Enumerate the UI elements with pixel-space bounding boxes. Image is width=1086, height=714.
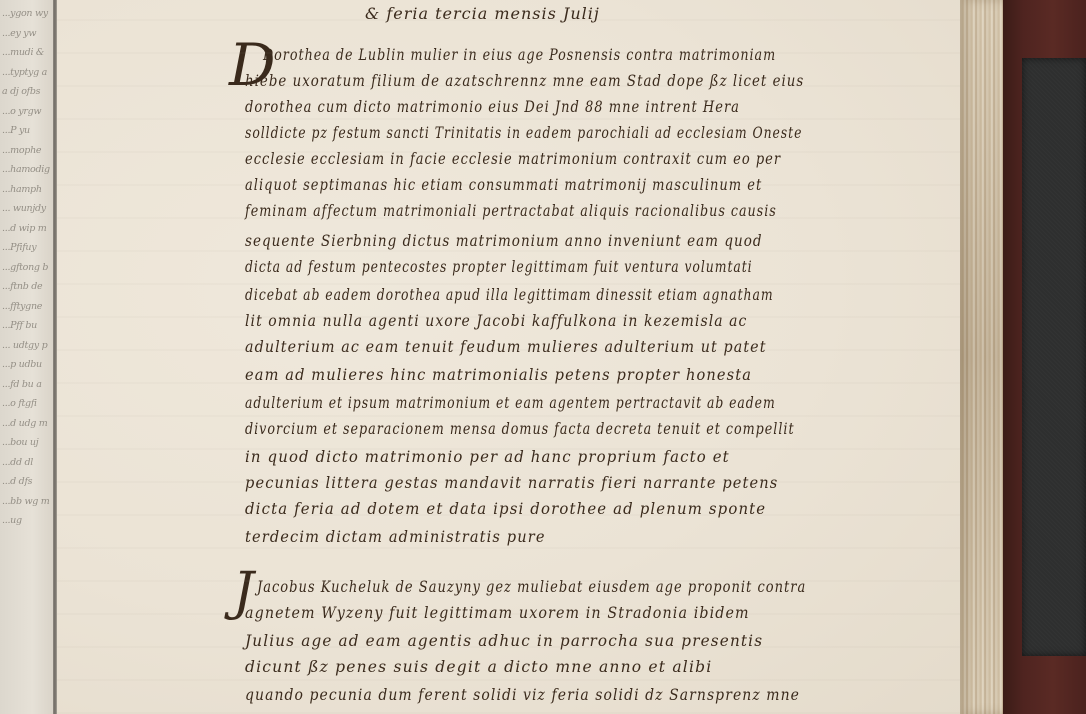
ms-line: dorothea cum dicto matrimonio eius Dei J… xyxy=(245,98,740,116)
prev-line: ...Pfifuy xyxy=(2,238,54,258)
prev-line: ...d wip m xyxy=(2,219,54,239)
prev-line: ...P yu xyxy=(2,121,54,141)
ms-line: lit omnia nulla agenti uxore Jacobi kaff… xyxy=(245,312,747,330)
prev-line: ...dd dl xyxy=(2,453,54,473)
prev-line: ...ygon wy xyxy=(2,4,54,24)
ms-line: terdecim dictam administratis pure xyxy=(245,528,546,546)
prev-line: a dj ofbs xyxy=(2,82,54,102)
ms-line: aliquot septimanas hic etiam consummati … xyxy=(245,176,762,194)
previous-page-text: ...ygon wy ...ey yw ...mudi & ...typtyg … xyxy=(2,4,54,531)
ms-line: dicunt ßz penes suis degit a dicto mne a… xyxy=(245,658,712,676)
prev-line: ...ug xyxy=(2,511,54,531)
manuscript-page: & feria tercia mensis Julij D Dorothea d… xyxy=(57,0,972,714)
prev-line: ...fd bu a xyxy=(2,375,54,395)
prev-line: ...hamodig xyxy=(2,160,54,180)
prev-line: ...mudi & xyxy=(2,43,54,63)
ms-line: adulterium et ipsum matrimonium et eam a… xyxy=(245,394,776,412)
prev-line: ...Pff bu xyxy=(2,316,54,336)
prev-line: ...o ftgfi xyxy=(2,394,54,414)
ms-line: divorcium et separacionem mensa domus fa… xyxy=(245,420,795,438)
ms-line: dicta ad festum pentecostes propter legi… xyxy=(245,258,753,276)
prev-line: ...typtyg a xyxy=(2,63,54,83)
ms-line: ecclesie ecclesiam in facie ecclesie mat… xyxy=(245,150,781,168)
prev-line: ... udtgy p xyxy=(2,336,54,356)
ms-line: solldicte pz festum sancti Trinitatis in… xyxy=(245,124,802,142)
prev-line: ...fftygne xyxy=(2,297,54,317)
ms-line: adulterium ac eam tenuit feudum mulieres… xyxy=(245,338,767,356)
dark-backdrop-panel xyxy=(1022,58,1086,656)
prev-line: ...ey yw xyxy=(2,24,54,44)
ms-line: pecunias littera gestas mandavit narrati… xyxy=(245,474,778,492)
prev-line: ...o yrgw xyxy=(2,102,54,122)
ms-line: in quod dicto matrimonio per ad hanc pro… xyxy=(245,448,730,466)
ms-line: quando pecunia dum ferent solidi viz fer… xyxy=(245,686,800,704)
prev-line: ...ftnb de xyxy=(2,277,54,297)
prev-line: ...mophe xyxy=(2,141,54,161)
ms-line: Jacobus Kucheluk de Sauzyny gez muliebat… xyxy=(257,578,806,596)
prev-line: ...p udbu xyxy=(2,355,54,375)
prev-line: ...gftong b xyxy=(2,258,54,278)
page-edge-leaves xyxy=(960,0,1006,714)
ms-line: Dorothea de Lublin mulier in eius age Po… xyxy=(263,46,776,64)
ms-line: sequente Sierbning dictus matrimonium an… xyxy=(245,232,763,250)
ms-line: agnetem Wyzeny fuit legittimam uxorem in… xyxy=(245,604,750,622)
ms-line: eam ad mulieres hinc matrimonialis peten… xyxy=(245,366,752,384)
prev-line: ...d dfs xyxy=(2,472,54,492)
prev-line: ... wunjdy xyxy=(2,199,54,219)
date-heading: & feria tercia mensis Julij xyxy=(365,4,600,23)
prev-line: ...bou uj xyxy=(2,433,54,453)
ms-line: dicta feria ad dotem et data ipsi doroth… xyxy=(245,500,766,518)
prev-line: ...hamph xyxy=(2,180,54,200)
manuscript-photo: ...ygon wy ...ey yw ...mudi & ...typtyg … xyxy=(0,0,1086,714)
prev-line: ...d udg m xyxy=(2,414,54,434)
previous-page-edge: ...ygon wy ...ey yw ...mudi & ...typtyg … xyxy=(0,0,54,714)
ms-line: hiebe uxoratum filium de azatschrennz mn… xyxy=(245,72,804,90)
ms-line: feminam affectum matrimoniali pertractab… xyxy=(245,202,777,220)
ms-line: Julius age ad eam agentis adhuc in parro… xyxy=(245,632,763,650)
ms-line: dicebat ab eadem dorothea apud illa legi… xyxy=(245,286,774,304)
prev-line: ...bb wg m xyxy=(2,492,54,512)
